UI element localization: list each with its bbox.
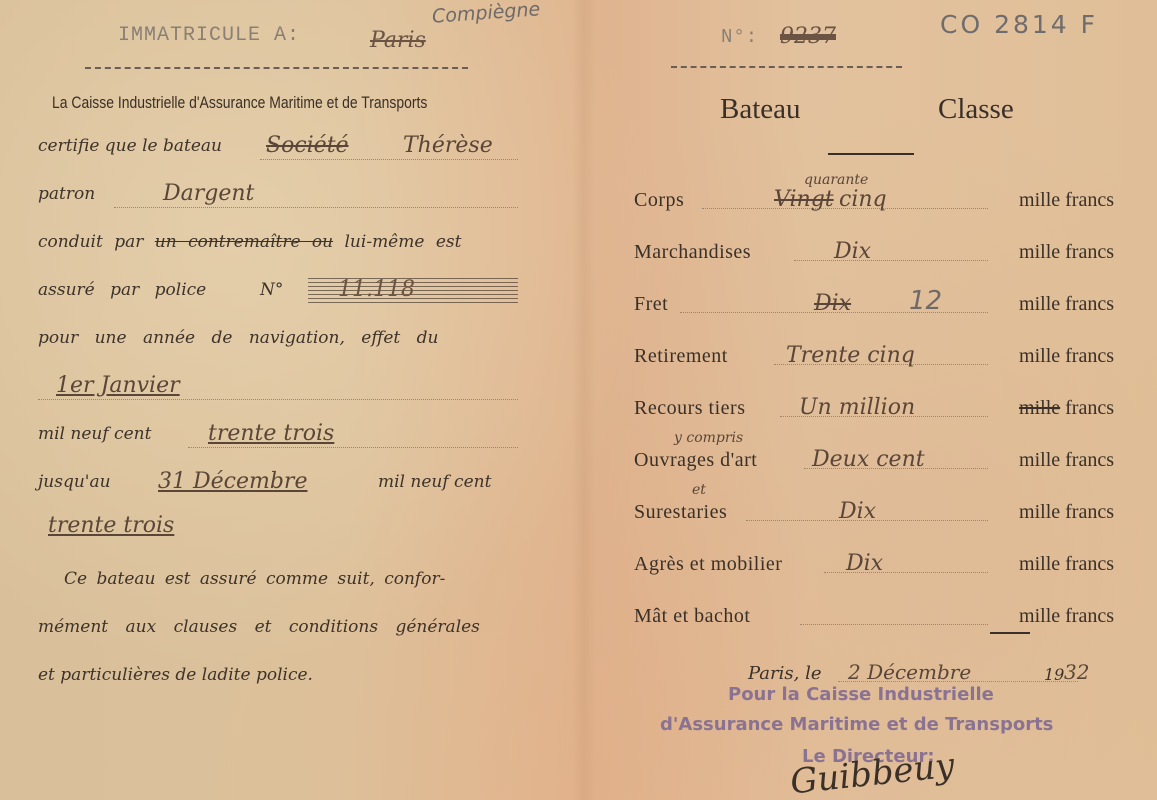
- row-corps: Corps Vingt cinq quarante mille francs: [634, 180, 1114, 220]
- label-conduit: conduit par un contremaître ou lui-même …: [38, 232, 461, 252]
- label-mil-neuf-cent: mil neuf cent: [38, 424, 151, 444]
- row-unit: mille francs: [1019, 605, 1114, 628]
- mat-underline: [990, 632, 1030, 634]
- row-marchandises: Marchandises Dix mille francs: [634, 232, 1114, 272]
- rule-bateau: [260, 159, 518, 160]
- year-start: trente trois: [208, 421, 334, 446]
- number-struck-value: 9237: [780, 24, 836, 49]
- line-annee: pour une année de navigation, effet du: [38, 322, 518, 352]
- police-number-struck: 11.118: [338, 277, 415, 302]
- conduit-struck: un contremaître ou: [155, 232, 333, 252]
- recours-unit: mille francs: [1019, 397, 1114, 420]
- recours-unit-struck: mille: [1019, 397, 1060, 419]
- label-police-no: N°: [260, 280, 283, 300]
- stamp-line-2: d'Assurance Maritime et de Transports: [660, 714, 1053, 735]
- label-annee: pour une année de navigation, effet du: [38, 328, 439, 348]
- retirement-value: Trente cinq: [786, 343, 915, 368]
- agres-value: Dix: [846, 551, 883, 576]
- date-end: 31 Décembre: [158, 469, 307, 494]
- conduit-post: lui-même est: [345, 232, 462, 252]
- row-unit: mille francs: [1019, 293, 1114, 316]
- line-date-start: 1er Janvier: [38, 370, 518, 400]
- corps-note: quarante: [804, 172, 868, 188]
- bateau-name: Thérèse: [403, 133, 493, 158]
- row-label: Marchandises: [634, 241, 751, 264]
- conduit-pre: conduit par: [38, 232, 143, 252]
- row-label: Mât et bachot: [634, 605, 750, 628]
- patron-name: Dargent: [163, 181, 254, 206]
- row-label: Surestaries: [634, 501, 727, 524]
- heading-rule: [828, 153, 914, 155]
- marchandises-value: Dix: [834, 239, 871, 264]
- closing-paragraph: Ce bateau est assuré comme suit, confor-…: [38, 555, 520, 699]
- row-rule: [800, 624, 988, 625]
- row-recours-tiers: Recours tiers Un million mille francs: [634, 388, 1114, 428]
- row-label: Ouvrages d'art: [634, 449, 757, 472]
- heading-classe: Classe: [938, 93, 1014, 126]
- corps-value: cinq: [839, 187, 887, 212]
- row-retirement: Retirement Trente cinq mille francs: [634, 336, 1114, 376]
- year-end: trente trois: [48, 513, 174, 538]
- fret-value: 12: [909, 286, 942, 316]
- label-patron: patron: [38, 184, 95, 204]
- ouvrages-note: y compris: [674, 430, 743, 446]
- immatricule-struck-value: Paris: [370, 28, 426, 53]
- date-prefix: Paris, le: [748, 663, 822, 684]
- line-patron: patron Dargent: [38, 178, 518, 208]
- line-year-end: trente trois: [38, 510, 518, 540]
- row-unit: mille francs: [1019, 449, 1114, 472]
- row-surestaries: Surestaries Dix et mille francs: [634, 492, 1114, 532]
- label-mil-neuf-cent-2: mil neuf cent: [378, 472, 491, 492]
- rule-date-start: [38, 399, 518, 400]
- row-unit: mille francs: [1019, 241, 1114, 264]
- row-label: Corps: [634, 189, 684, 212]
- row-fret: Fret Dix 12 mille francs: [634, 284, 1114, 324]
- fret-struck: Dix: [814, 291, 851, 316]
- heading-bateau: Bateau: [720, 93, 801, 126]
- row-label: Recours tiers: [634, 397, 745, 420]
- rule-patron: [114, 207, 518, 208]
- closing-line-3: et particulières de ladite police.: [38, 651, 520, 699]
- line-year-start: mil neuf cent trente trois: [38, 418, 518, 448]
- row-unit: mille francs: [1019, 501, 1114, 524]
- bateau-struck: Société: [266, 133, 349, 158]
- number-label: N°:: [721, 26, 758, 48]
- row-unit: mille francs: [1019, 189, 1114, 212]
- date-value: 2 Décembre: [848, 660, 971, 684]
- row-agres: Agrès et mobilier Dix mille francs: [634, 544, 1114, 584]
- company-title: La Caisse Industrielle d'Assurance Marit…: [52, 93, 427, 113]
- row-unit: mille francs: [1019, 345, 1114, 368]
- stamp-line-1: Pour la Caisse Industrielle: [728, 684, 994, 705]
- archive-number: CO 2814 F: [940, 10, 1098, 39]
- date-year-hand: 32: [1064, 660, 1089, 684]
- label-police: assuré par police: [38, 280, 206, 300]
- row-ouvrages: Ouvrages d'art Deux cent y compris mille…: [634, 440, 1114, 480]
- ouvrages-value: Deux cent: [812, 447, 925, 472]
- recours-value: Un million: [799, 395, 915, 420]
- immatricule-underline: [85, 67, 468, 69]
- surestaries-value: Dix: [839, 499, 876, 524]
- corps-struck: Vingt: [774, 187, 834, 212]
- surestaries-note: et: [692, 482, 706, 498]
- center-fold: [572, 0, 596, 800]
- row-rule: [794, 260, 988, 261]
- immatricule-handwritten-value: Compiègne: [431, 0, 541, 28]
- line-bateau: certifie que le bateau Société Thérèse: [38, 130, 518, 160]
- row-label: Retirement: [634, 345, 728, 368]
- number-underline: [671, 66, 902, 68]
- line-jusquau: jusqu'au 31 Décembre mil neuf cent: [38, 466, 518, 496]
- label-jusquau: jusqu'au: [38, 472, 111, 492]
- row-label: Fret: [634, 293, 668, 316]
- row-label: Agrès et mobilier: [634, 553, 782, 576]
- closing-line-1: Ce bateau est assuré comme suit, confor-: [38, 555, 520, 603]
- immatricule-label: IMMATRICULE A:: [118, 24, 300, 47]
- rule-year-start: [188, 447, 518, 448]
- line-conduit: conduit par un contremaître ou lui-même …: [38, 226, 518, 256]
- date-start: 1er Janvier: [56, 373, 180, 398]
- recours-unit-rest: francs: [1065, 397, 1114, 419]
- row-mat-bachot: Mât et bachot mille francs: [634, 596, 1114, 636]
- row-unit: mille francs: [1019, 553, 1114, 576]
- date-year-printed: 19: [1044, 665, 1064, 684]
- label-bateau: certifie que le bateau: [38, 136, 222, 156]
- line-police: assuré par police N° 11.118: [38, 274, 518, 304]
- closing-line-2: mément aux clauses et conditions général…: [38, 603, 520, 651]
